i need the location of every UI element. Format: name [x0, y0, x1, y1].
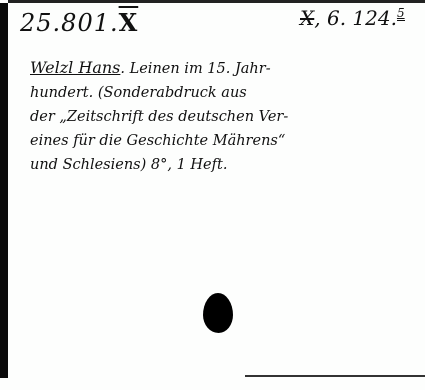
author-name: Welzl Hans	[30, 58, 120, 77]
entry-line-1: Welzl Hans. Leinen im 15. Jahr-	[30, 56, 420, 81]
entry-title-start: . Leinen im 15. Jahr-	[120, 61, 270, 77]
accession-number: 25.801.X	[20, 8, 138, 37]
shelfmark-superscript: 5	[397, 6, 405, 21]
shelfmark-struck: X	[300, 6, 314, 30]
accession-roman: X	[119, 8, 139, 37]
entry-line-5: und Schlesiens) 8°, 1 Heft.	[30, 153, 420, 177]
shelfmark-text: , 6. 124.	[314, 6, 397, 30]
catalog-entry: Welzl Hans. Leinen im 15. Jahr- hundert.…	[30, 56, 420, 177]
entry-line-2: hundert. (Sonderabdruck aus	[30, 81, 420, 105]
card-top-edge	[8, 0, 425, 3]
entry-line-4: eines für die Geschichte Mährens“	[30, 129, 420, 153]
entry-line-3: der „Zeitschrift des deutschen Ver-	[30, 105, 420, 129]
card-left-edge	[0, 3, 8, 378]
shelfmark: X, 6. 124.5	[300, 6, 405, 30]
card-bottom-edge	[245, 375, 425, 377]
accession-digits: 25.801.	[20, 9, 119, 37]
punch-hole	[203, 293, 233, 333]
